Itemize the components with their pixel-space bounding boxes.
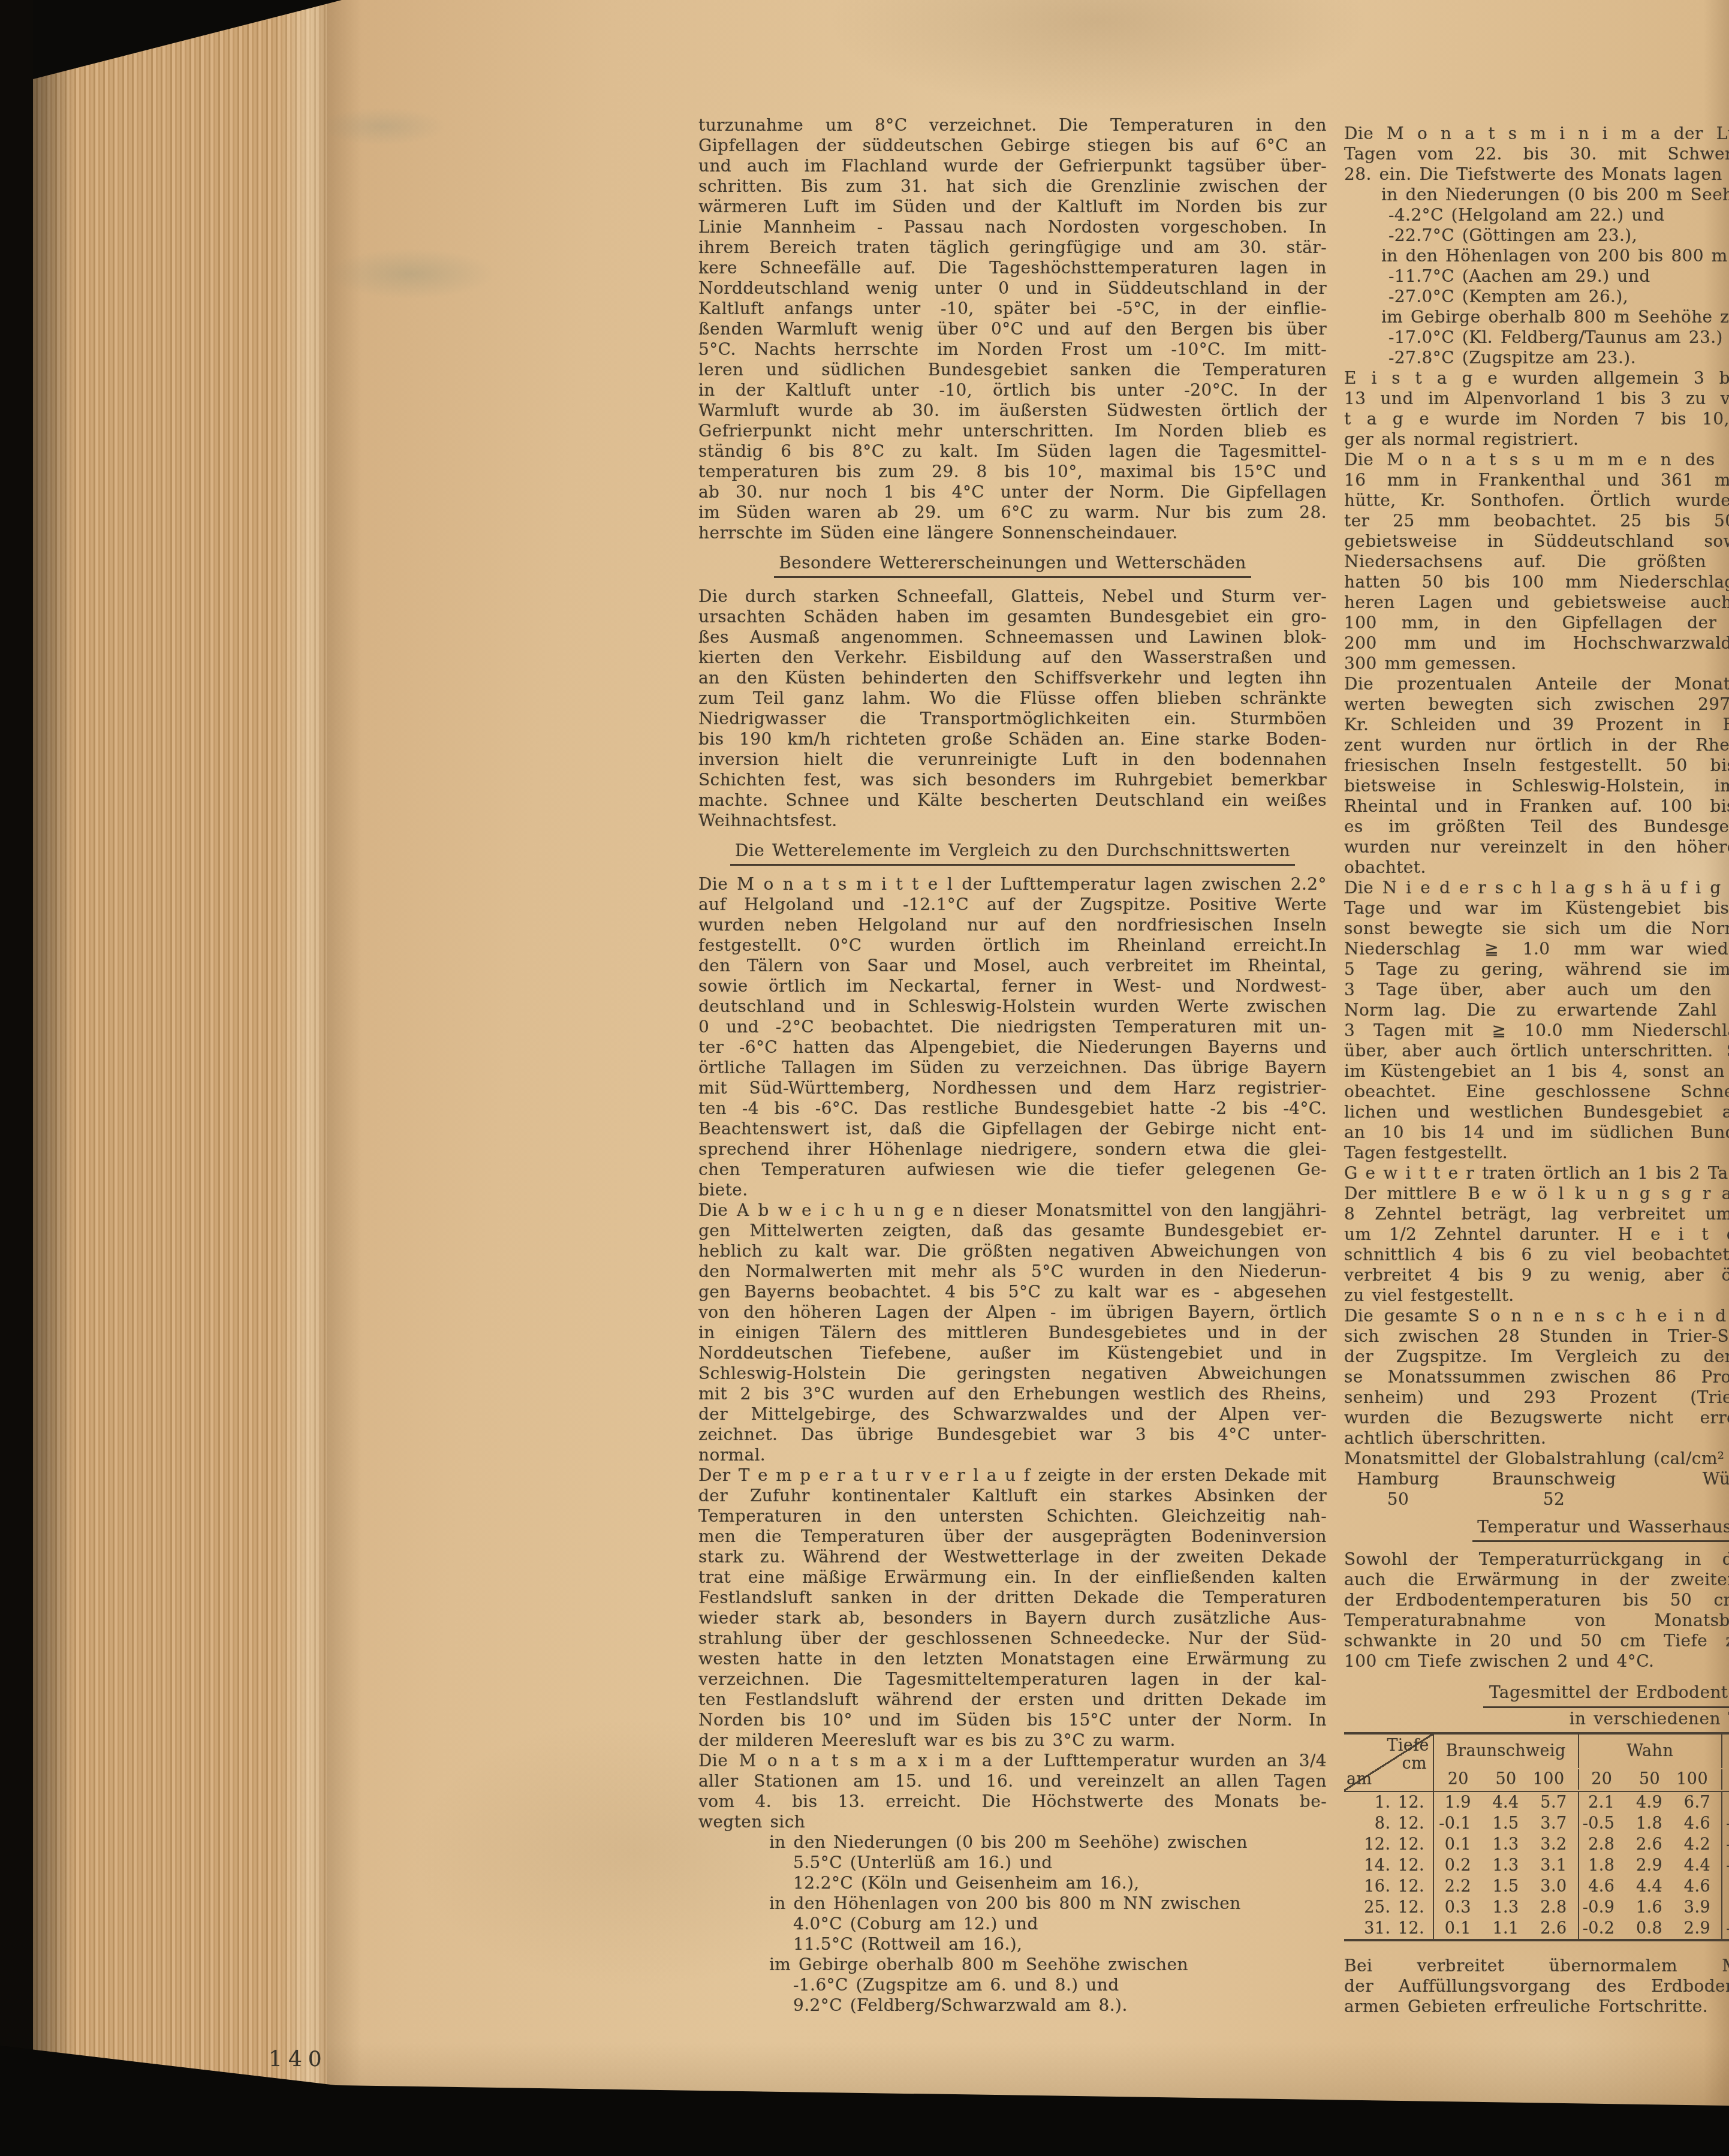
text-line: se Monatssummen zwischen 86 Prozent (Obe… xyxy=(1344,1367,1729,1387)
heading-text: Besondere Wettererscheinungen und Wetter… xyxy=(774,553,1251,578)
text-line: wärmeren Luft im Süden und der Kaltluft … xyxy=(698,197,1327,217)
text-line: 4.0°C (Coburg am 12.) und xyxy=(698,1914,1327,1934)
paragraph-monatsmittel: Die M o n a t s m i t t e l der Lufttemp… xyxy=(698,874,1327,1200)
heading-text: Tagesmittel der Erdbodentemperatur (°C) xyxy=(1483,1682,1729,1708)
table-cell: 1.5 xyxy=(1482,1813,1530,1834)
table-cell: 2.6 xyxy=(1530,1918,1578,1939)
text-line: Die N i e d e r s c h l a g s h ä u f i … xyxy=(1344,878,1729,898)
paragraph-closing: Bei verbreitet übernormalem Monatsnieder… xyxy=(1344,1956,1729,2017)
text-line: ursachten Schäden haben im gesamten Bund… xyxy=(698,607,1327,627)
text-line: den Normalwerten mit mehr als 5°C wurden… xyxy=(698,1261,1327,1282)
paragraph-monatsminima: Die M o n a t s m i n i m a der Lufttemp… xyxy=(1344,124,1729,368)
table-cell: 1. 12. xyxy=(1344,1792,1434,1813)
text-line: wurden nur vereinzelt in den höheren Lag… xyxy=(1344,837,1729,857)
table-cell: 12. 12. xyxy=(1344,1834,1434,1855)
text-line: Tage und war im Küstengebiet bis zu 7 Ta… xyxy=(1344,898,1729,919)
text-line: Die M o n a t s s u m m e n des Niedersc… xyxy=(1344,450,1729,470)
text-line: friesischen Inseln festgestellt. 50 bis … xyxy=(1344,755,1729,776)
text-line: von den höheren Lagen der Alpen - im übr… xyxy=(698,1302,1327,1323)
text-line: 100 cm Tiefe zwischen 2 und 4°C. xyxy=(1344,1651,1729,1672)
table-cell: 0.1 xyxy=(1434,1834,1482,1855)
text-line: deutschland und in Schleswig-Holstein wu… xyxy=(698,996,1327,1017)
heading-text: Die Wetterelemente im Vergleich zu den D… xyxy=(730,841,1295,866)
text-line: wurden neben Helgoland nur auf den nordf… xyxy=(698,915,1327,935)
table-cell: 4.6 xyxy=(1673,1813,1721,1834)
text-line: 3 Tagen mit ≧ 10.0 mm Niederschlag wurde… xyxy=(1344,1020,1729,1041)
text-line: der Zufuhr kontinentaler Kaltluft ein st… xyxy=(698,1486,1327,1506)
table-cell: 6.7 xyxy=(1673,1792,1721,1813)
text-line: zu viel festgestellt. xyxy=(1344,1285,1729,1306)
text-line: 5 Tage zu gering, während sie im übrigen… xyxy=(1344,959,1729,980)
text-line: in der Kaltluft unter -10, örtlich bis u… xyxy=(698,380,1327,401)
table-cell: 1.6 xyxy=(1625,1897,1673,1918)
text-line: Die prozentualen Anteile der Monatssumme… xyxy=(1344,674,1729,694)
table-cell: 1.3 xyxy=(1482,1834,1530,1855)
text-line: ten -4 bis -6°C. Das restliche Bundesgeb… xyxy=(698,1098,1327,1119)
text-line: 100 mm, in den Gipfellagen der Mittelgeb… xyxy=(1344,613,1729,633)
text-line: örtliche Tallagen im Süden zu verzeichne… xyxy=(698,1058,1327,1078)
text-line: stark zu. Während der Westwetterlage in … xyxy=(698,1547,1327,1567)
text-line: Tagen vom 22. bis 30. mit Schwerpunkten … xyxy=(1344,144,1729,164)
text-line: ßes Ausmaß angenommen. Schneemassen und … xyxy=(698,627,1327,648)
table-cell: 0.1 xyxy=(1434,1918,1482,1939)
table-station-header: Würzburg xyxy=(1721,1735,1729,1768)
table-row: 31. 12.0.11.12.6-0.20.82.9-0.51.03.90.31… xyxy=(1344,1918,1729,1939)
text-line: um 1/2 Zehntel darunter. H e i t e r e T… xyxy=(1344,1224,1729,1245)
text-line: bietsweise in Schleswig-Holstein, im Saa… xyxy=(1344,776,1729,796)
table-cell: 1.5 xyxy=(1482,1876,1530,1897)
text-line: der Mittelgebirge, des Schwarzwaldes und… xyxy=(698,1404,1327,1425)
heading-text: Temperatur und Wasserhaushalt des Bodens xyxy=(1472,1517,1729,1542)
text-line: 300 mm gemessen. xyxy=(1344,654,1729,674)
table-cell: 20 xyxy=(1578,1769,1626,1790)
table-cell: 100 xyxy=(1673,1769,1721,1790)
text-line: Bei verbreitet übernormalem Monatsnieder… xyxy=(1344,1956,1729,1976)
text-line: -1.6°C (Zugspitze am 6. und 8.) und xyxy=(698,1975,1327,1995)
text-line: E i s t a g e wurden allgemein 3 bis 7, … xyxy=(1344,368,1729,389)
text-column-right: Die M o n a t s m i n i m a der Lufttemp… xyxy=(1344,124,1729,2017)
table-corner-cell: Tiefe cm am xyxy=(1344,1735,1434,1791)
text-line: Festlandsluft sanken in der dritten Deka… xyxy=(698,1588,1327,1608)
table-cell: -0.5 xyxy=(1721,1855,1729,1876)
text-line: schwankte in 20 und 50 cm Tiefe zwischen… xyxy=(1344,1631,1729,1651)
text-line: 28. ein. Die Tiefstwerte des Monats lage… xyxy=(1344,164,1729,185)
text-line: 5°C. Nachts herrschte im Norden Frost um… xyxy=(698,339,1327,360)
radiation-station: Hamburg xyxy=(1344,1469,1452,1489)
table-cell: 4.6 xyxy=(1673,1876,1721,1897)
text-line: Die A b w e i c h u n g e n dieser Monat… xyxy=(698,1200,1327,1221)
table-cell: 31. 12. xyxy=(1344,1918,1434,1939)
text-line: 12.2°C (Köln und Geisenheim am 16.), xyxy=(698,1873,1327,1893)
text-line: Sowohl der Temperaturrückgang in der ers… xyxy=(1344,1549,1729,1570)
text-line: kierten den Verkehr. Eisbildung auf den … xyxy=(698,648,1327,668)
text-line: obeachtet. Eine geschlossene Schneedecke… xyxy=(1344,1082,1729,1102)
table-cell: 50 xyxy=(1625,1769,1673,1790)
radiation-values: 50 52 67 103 xyxy=(1344,1489,1729,1510)
text-line: 3 Tage über, aber auch um den gleichen B… xyxy=(1344,980,1729,1000)
text-line: zeichnet. Das übrige Bundesgebiet war 3 … xyxy=(698,1425,1327,1445)
text-line: 8 Zehntel beträgt, lag verbreitet um 1 b… xyxy=(1344,1204,1729,1224)
soil-temperature-table: Tiefe cm am Braunschweig Wahn Würzburg A… xyxy=(1344,1732,1729,1941)
table-cell: 50 xyxy=(1482,1769,1530,1790)
text-line: ßenden Warmluft wenig über 0°C und auf d… xyxy=(698,319,1327,339)
text-line: an 10 bis 14 und im südlichen Bundesgebi… xyxy=(1344,1122,1729,1143)
section-heading-wetterelemente: Die Wetterelemente im Vergleich zu den D… xyxy=(698,841,1327,866)
table-cell: -0.2 xyxy=(1578,1918,1626,1939)
table-cell: 20 xyxy=(1434,1769,1482,1790)
table-cell: -1.8 xyxy=(1721,1813,1729,1834)
table-cell: 25. 12. xyxy=(1344,1897,1434,1918)
text-line: und auch im Flachland wurde der Gefrierp… xyxy=(698,156,1327,176)
text-line: achtlich überschritten. xyxy=(1344,1428,1729,1449)
page-edge-stack xyxy=(33,0,333,2156)
text-line: Niedersachsens auf. Die größten Teile de… xyxy=(1344,552,1729,572)
table-cell: 2.6 xyxy=(1625,1834,1673,1855)
text-line: der Zugspitze. Im Vergleich zu den Bezug… xyxy=(1344,1347,1729,1367)
table-cell: 0.8 xyxy=(1625,1918,1673,1939)
text-line: in den Höhenlagen von 200 bis 800 m NN z… xyxy=(1344,246,1729,266)
text-line: men die Temperaturen über der ausgeprägt… xyxy=(698,1526,1327,1547)
table-cell: -0.9 xyxy=(1578,1897,1626,1918)
text-line: wurden die Bezugswerte nicht erreicht, v… xyxy=(1344,1408,1729,1428)
text-line: trat eine mäßige Erwärmung ein. In der e… xyxy=(698,1567,1327,1588)
text-line: sprechend ihrer Höhenlage niedrigere, so… xyxy=(698,1139,1327,1160)
text-line: an den Küsten behinderten den Schiffsver… xyxy=(698,668,1327,688)
text-line: verzeichnen. Die Tagesmitteltemperaturen… xyxy=(698,1669,1327,1690)
text-line: mit 2 bis 3°C wurden auf den Erhebungen … xyxy=(698,1384,1327,1404)
text-line: gebietsweise in Süddeutschland sowie an … xyxy=(1344,531,1729,552)
text-line: zum Teil ganz lahm. Wo die Flüsse offen … xyxy=(698,688,1327,709)
table-row: 12. 12.0.11.33.22.82.64.2-0.41.44.70.00.… xyxy=(1344,1834,1729,1855)
text-line: der milderen Meeresluft war es bis zu 3°… xyxy=(698,1730,1327,1751)
text-line: Kaltluft anfangs unter -10, später bei -… xyxy=(698,299,1327,319)
text-line: Warmluft wurde ab 30. im äußersten Südwe… xyxy=(698,401,1327,421)
text-line: armen Gebieten erfreuliche Fortschritte. xyxy=(1344,1997,1729,2017)
text-line: Die durch starken Schneefall, Glatteis, … xyxy=(698,586,1327,607)
table-cell: 3.0 xyxy=(1530,1876,1578,1897)
table-cell: 14. 12. xyxy=(1344,1855,1434,1876)
paragraph-niederschlagshaeufigkeit: Die N i e d e r s c h l a g s h ä u f i … xyxy=(1344,878,1729,1163)
table-cell: 1.3 xyxy=(1482,1855,1530,1876)
table-cell: 0.2 xyxy=(1721,1876,1729,1897)
text-column-left: turzunahme um 8°C verzeichnet. Die Tempe… xyxy=(698,115,1327,2016)
table-cell: 2.9 xyxy=(1625,1855,1673,1876)
paragraph-monatsmaxima: Die M o n a t s m a x i m a der Lufttemp… xyxy=(698,1751,1327,2016)
corner-label-tiefe: Tiefe xyxy=(1387,1736,1429,1756)
table-row: 1. 12.1.94.45.72.14.96.71.63.76.51.23.05… xyxy=(1344,1792,1729,1813)
text-line: -4.2°C (Helgoland am 22.) und xyxy=(1344,205,1729,225)
table-cell: 3.9 xyxy=(1673,1897,1721,1918)
table-row: 14. 12.0.21.33.11.82.94.4-0.51.54.50.01.… xyxy=(1344,1855,1729,1876)
table-cell: 0.3 xyxy=(1721,1897,1729,1918)
text-line: 200 mm und im Hochschwarzwald sowie im A… xyxy=(1344,633,1729,654)
paragraph-temperature-course: turzunahme um 8°C verzeichnet. Die Tempe… xyxy=(698,115,1327,543)
text-line: im Gebirge oberhalb 800 m Seehöhe zwisch… xyxy=(1344,307,1729,327)
text-line: normal. xyxy=(698,1445,1327,1465)
text-line: bis 190 km/h richteten große Schäden an.… xyxy=(698,729,1327,749)
table-cell: 1.8 xyxy=(1625,1813,1673,1834)
soil-table-subtitle: in verschiedenen Tiefen xyxy=(1344,1708,1729,1730)
radiation-station-names: Hamburg Braunschweig Würzburg Hohenpeiße… xyxy=(1344,1469,1729,1489)
table-cell: 3.1 xyxy=(1530,1855,1578,1876)
text-line: Tagen festgestellt. xyxy=(1344,1143,1729,1163)
text-line: über, aber auch örtlich unterschritten. … xyxy=(1344,1041,1729,1061)
text-line: 0 und -2°C beobachtet. Die niedrigsten T… xyxy=(698,1017,1327,1037)
text-line: 13 und im Alpenvorland 1 bis 3 zu viel b… xyxy=(1344,389,1729,409)
text-line: wieder stark ab, besonders in Bayern dur… xyxy=(698,1608,1327,1628)
table-cell: 16. 12. xyxy=(1344,1876,1434,1897)
table-row: 16. 12.2.21.53.04.64.44.60.21.84.60.11.1… xyxy=(1344,1876,1729,1897)
text-line: 9.2°C (Feldberg/Schwarzwald am 8.). xyxy=(698,1995,1327,2016)
text-line: -27.8°C (Zugspitze am 23.). xyxy=(1344,348,1729,368)
table-cell: 1.6 xyxy=(1721,1792,1729,1813)
text-line: Norddeutschland wenig unter 0 und in Süd… xyxy=(698,278,1327,299)
text-line: Beachtenswert ist, daß die Gipfellagen d… xyxy=(698,1119,1327,1139)
text-line: Die M o n a t s m i t t e l der Lufttemp… xyxy=(698,874,1327,895)
text-line: Kr. Schleiden und 39 Prozent in Frankent… xyxy=(1344,715,1729,735)
text-line: werten bewegten sich zwischen 297 Prozen… xyxy=(1344,694,1729,715)
table-cell: 1.9 xyxy=(1434,1792,1482,1813)
table-cell: 4.6 xyxy=(1578,1876,1626,1897)
table-cell: 4.4 xyxy=(1625,1876,1673,1897)
text-line: heblich zu kalt war. Die größten negativ… xyxy=(698,1241,1327,1261)
paragraph-abweichungen: Die A b w e i c h u n g e n dieser Monat… xyxy=(698,1200,1327,1465)
text-line: im Süden waren ab 29. um 6°C zu warm. Nu… xyxy=(698,502,1327,523)
text-line: Norm lag. Die zu erwartende Zahl von dur… xyxy=(1344,1000,1729,1020)
text-line: in den Niederungen (0 bis 200 m Seehöhe)… xyxy=(1344,185,1729,205)
text-line: Niederschlag ≧ 1.0 mm war wiederum im Kü… xyxy=(1344,939,1729,959)
table-cell: 0.3 xyxy=(1434,1897,1482,1918)
paragraph-bewoelkung: Der mittlere B e w ö l k u n g s g r a d… xyxy=(1344,1184,1729,1306)
text-line: ab 30. nur noch 1 bis 4°C unter der Norm… xyxy=(698,482,1327,502)
table-cell: 2.9 xyxy=(1673,1918,1721,1939)
paragraph-eistage: E i s t a g e wurden allgemein 3 bis 7, … xyxy=(1344,368,1729,450)
table-cell: 4.2 xyxy=(1673,1834,1721,1855)
text-line: zent wurden nur örtlich in der Rheinpfal… xyxy=(1344,735,1729,755)
paragraph-weather-damage: Die durch starken Schneefall, Glatteis, … xyxy=(698,586,1327,831)
paragraph-temperaturverlauf: Der T e m p e r a t u r v e r l a u f ze… xyxy=(698,1465,1327,1751)
text-line: ter -6°C hatten das Alpengebiet, die Nie… xyxy=(698,1037,1327,1058)
text-line: ger als normal registriert. xyxy=(1344,429,1729,450)
table-cell: -0.4 xyxy=(1721,1834,1729,1855)
text-line: 5.5°C (Unterlüß am 16.) und xyxy=(698,1853,1327,1873)
text-line: -17.0°C (Kl. Feldberg/Taunus am 23.) und xyxy=(1344,327,1729,348)
table-cell: 2.8 xyxy=(1530,1897,1578,1918)
table-cell: -0.1 xyxy=(1434,1813,1482,1834)
text-line: t a g e wurde im Norden 7 bis 10, sonst … xyxy=(1344,409,1729,429)
text-line: Temperaturabnahme von Monatsbeginn bis M… xyxy=(1344,1610,1729,1631)
text-line: Schichten fest, was sich besonders im Ru… xyxy=(698,770,1327,790)
soil-table-body: 1. 12.1.94.45.72.14.96.71.63.76.51.23.05… xyxy=(1344,1792,1729,1939)
text-line: gen Bayerns beobachtet. 4 bis 5°C zu kal… xyxy=(698,1282,1327,1302)
text-line: ihrem Bereich traten täglich geringfügig… xyxy=(698,237,1327,258)
radiation-station: Würzburg xyxy=(1656,1469,1729,1489)
text-line: hütte, Kr. Sonthofen. Örtlich wurden in … xyxy=(1344,490,1729,511)
table-row: 8. 12.-0.11.53.7-0.51.84.6-1.81.65.6-2.8… xyxy=(1344,1813,1729,1834)
table-cell: 2.1 xyxy=(1578,1792,1626,1813)
text-line: turzunahme um 8°C verzeichnet. Die Tempe… xyxy=(698,115,1327,135)
table-cell: 2.8 xyxy=(1578,1834,1626,1855)
paragraph-sonnenscheindauer: Die gesamte S o n n e n s c h e i n d a … xyxy=(1344,1306,1729,1449)
text-line: wegten sich xyxy=(698,1812,1327,1832)
text-line: Norden bis 10° und im Süden bis 15°C unt… xyxy=(698,1710,1327,1730)
text-line: machte. Schnee und Kälte bescherten Deut… xyxy=(698,790,1327,811)
text-line: Die gesamte S o n n e n s c h e i n d a … xyxy=(1344,1306,1729,1326)
text-line: im Küstengebiet an 1 bis 4, sonst an 3 b… xyxy=(1344,1061,1729,1082)
text-line: leren und südlichen Bundesgebiet sanken … xyxy=(698,360,1327,380)
text-line: biete. xyxy=(698,1180,1327,1200)
text-line: den Tälern von Saar und Mosel, auch verb… xyxy=(698,956,1327,976)
text-line: der Erdbodentemperaturen bis 50 cm Tiefe… xyxy=(1344,1590,1729,1610)
text-line: auch die Erwärmung in der zweiten Dekade… xyxy=(1344,1570,1729,1590)
table-cell: 3.7 xyxy=(1530,1813,1578,1834)
text-line: herrschte im Süden eine längere Sonnensc… xyxy=(698,523,1327,543)
text-line: Niedrigwasser die Transportmöglichkeiten… xyxy=(698,709,1327,729)
text-line: senheim) und 293 Prozent (Trier-Petrisbe… xyxy=(1344,1387,1729,1408)
text-line: -22.7°C (Göttingen am 23.), xyxy=(1344,225,1729,246)
text-line: festgestellt. 0°C wurden örtlich im Rhei… xyxy=(698,935,1327,956)
paragraph-gewitter: G e w i t t e r traten örtlich an 1 bis … xyxy=(1344,1163,1729,1184)
text-line: hatten 50 bis 100 mm Niederschlag aufzuw… xyxy=(1344,572,1729,592)
text-line: es im größten Teil des Bundesgebietes. Ü… xyxy=(1344,817,1729,837)
text-line: Schleswig-Holstein Die geringsten negati… xyxy=(698,1363,1327,1384)
text-line: -27.0°C (Kempten am 26.), xyxy=(1344,287,1729,307)
text-line: aller Stationen am 15. und 16. und verei… xyxy=(698,1771,1327,1791)
text-line: Weihnachtsfest. xyxy=(698,811,1327,831)
scanned-book-photo: turzunahme um 8°C verzeichnet. Die Tempe… xyxy=(0,0,1729,2156)
table-cell: 1.3 xyxy=(1482,1897,1530,1918)
radiation-value: 52 xyxy=(1452,1489,1656,1510)
text-line: G e w i t t e r traten örtlich an 1 bis … xyxy=(1344,1163,1729,1184)
text-line: sowie örtlich im Neckartal, ferner in We… xyxy=(698,976,1327,996)
text-line: verbreitet 4 bis 9 zu wenig, aber örtlic… xyxy=(1344,1265,1729,1285)
text-line: vom 4. bis 13. erreicht. Die Höchstwerte… xyxy=(698,1791,1327,1812)
text-line: auf Helgoland und -12.1°C auf der Zugspi… xyxy=(698,895,1327,915)
radiation-value: 50 xyxy=(1344,1489,1452,1510)
corner-label-am: am xyxy=(1347,1769,1372,1790)
text-line: strahlung über der geschlossenen Schneed… xyxy=(698,1628,1327,1649)
paragraph-prozentuale-anteile: Die prozentualen Anteile der Monatssumme… xyxy=(1344,674,1729,878)
text-line: mit Süd-Württemberg, Nordhessen und dem … xyxy=(698,1078,1327,1098)
text-line: ter 25 mm beobachtet. 25 bis 50 mm Niede… xyxy=(1344,511,1729,531)
table-cell: 5.7 xyxy=(1530,1792,1578,1813)
text-line: schritten. Bis zum 31. hat sich die Gren… xyxy=(698,176,1327,197)
text-line: Rheintal und in Franken auf. 100 bis 200… xyxy=(1344,796,1729,817)
paragraph-erdbodentemperatur: Sowohl der Temperaturrückgang in der ers… xyxy=(1344,1549,1729,1672)
table-cell: 0.2 xyxy=(1434,1855,1482,1876)
text-line: 11.5°C (Rottweil am 16.), xyxy=(698,1934,1327,1955)
table-cell: 4.9 xyxy=(1625,1792,1673,1813)
soil-table-header: Tiefe cm am Braunschweig Wahn Würzburg A… xyxy=(1344,1735,1729,1792)
text-line: sich zwischen 28 Stunden in Trier-Stadt … xyxy=(1344,1326,1729,1347)
text-line: gen Mittelwerten zeigten, daß das gesamt… xyxy=(698,1221,1327,1241)
text-line: der Auffüllungsvorgang des Erdbodens auc… xyxy=(1344,1976,1729,1997)
text-line: 16 mm in Frankenthal und 361 mm auf der … xyxy=(1344,470,1729,490)
text-line: in den Niederungen (0 bis 200 m Seehöhe)… xyxy=(698,1832,1327,1853)
text-line: inversion hielt die verunreinigte Luft i… xyxy=(698,749,1327,770)
page-number: 140 xyxy=(269,2047,328,2071)
table-cell: 8. 12. xyxy=(1344,1813,1434,1834)
paragraph-monatssummen: Die M o n a t s s u m m e n des Niedersc… xyxy=(1344,450,1729,674)
text-line: ten Festlandsluft während der ersten und… xyxy=(698,1690,1327,1710)
table-cell: 4.4 xyxy=(1482,1792,1530,1813)
document-page: turzunahme um 8°C verzeichnet. Die Tempe… xyxy=(327,0,1729,2106)
text-line: im Gebirge oberhalb 800 m Seehöhe zwisch… xyxy=(698,1955,1327,1975)
table-cell: 1.1 xyxy=(1482,1918,1530,1939)
text-line: Norddeutschen Tiefebene, außer im Küsten… xyxy=(698,1343,1327,1363)
table-station-header: Wahn xyxy=(1578,1735,1722,1768)
table-cell: 1.8 xyxy=(1578,1855,1626,1876)
text-line: Der mittlere B e w ö l k u n g s g r a d… xyxy=(1344,1184,1729,1204)
text-line: temperaturen bis zum 29. 8 bis 10°, maxi… xyxy=(698,462,1327,482)
section-heading-boden: Temperatur und Wasserhaushalt des Bodens xyxy=(1344,1517,1729,1542)
section-heading-wetterschaeden: Besondere Wettererscheinungen und Wetter… xyxy=(698,553,1327,578)
text-line: ständig 6 bis 8°C zu kalt. Im Süden lage… xyxy=(698,441,1327,462)
table-cell: 3.2 xyxy=(1530,1834,1578,1855)
text-line: Linie Mannheim - Passau nach Nordosten v… xyxy=(698,217,1327,237)
text-line: in einigen Tälern des mittleren Bundesge… xyxy=(698,1323,1327,1343)
text-line: schnittlich 4 bis 6 zu viel beobachtet. … xyxy=(1344,1245,1729,1265)
table-station-header: Braunschweig xyxy=(1434,1735,1578,1768)
radiation-station: Braunschweig xyxy=(1452,1469,1656,1489)
table-cell: 2.2 xyxy=(1434,1876,1482,1897)
text-line: obachtet. xyxy=(1344,857,1729,878)
text-line: Gipfellagen der süddeutschen Gebirge sti… xyxy=(698,135,1327,156)
table-cell: -0.5 xyxy=(1578,1813,1626,1834)
text-line: lichen und westlichen Bundesgebiet an 5 … xyxy=(1344,1102,1729,1122)
text-line: westen hatte in den letzten Monatstagen … xyxy=(698,1649,1327,1669)
table-cell: 20 xyxy=(1721,1769,1729,1790)
text-line: heren Lagen und gebietsweise auch im Wes… xyxy=(1344,592,1729,613)
text-line: Temperaturen in den untersten Schichten.… xyxy=(698,1506,1327,1526)
text-line: Die M o n a t s m a x i m a der Lufttemp… xyxy=(698,1751,1327,1771)
table-cell: 100 xyxy=(1530,1769,1578,1790)
text-line: sonst bewegte sie sich um die Norm. Die … xyxy=(1344,919,1729,939)
corner-label-cm: cm xyxy=(1402,1754,1427,1774)
table-cell: -0.5 xyxy=(1721,1918,1729,1939)
table-cell: 4.4 xyxy=(1673,1855,1721,1876)
text-line: Die M o n a t s m i n i m a der Lufttemp… xyxy=(1344,124,1729,144)
table-row: 25. 12.0.31.32.8-0.91.63.90.32.04.40.71.… xyxy=(1344,1897,1729,1918)
text-line: chen Temperaturen aufwiesen wie die tief… xyxy=(698,1160,1327,1180)
soil-table-title: Tagesmittel der Erdbodentemperatur (°C) xyxy=(1344,1682,1729,1708)
text-line: Der T e m p e r a t u r v e r l a u f ze… xyxy=(698,1465,1327,1486)
text-line: kere Schneefälle auf. Die Tageshöchsttem… xyxy=(698,258,1327,278)
radiation-title: Monatsmittel der Globalstrahlung (cal/cm… xyxy=(1344,1449,1729,1469)
text-line: in den Höhenlagen von 200 bis 800 m NN z… xyxy=(698,1893,1327,1914)
radiation-value: 67 xyxy=(1656,1489,1729,1510)
text-line: Gefrierpunkt nicht mehr unterschritten. … xyxy=(698,421,1327,441)
text-line: -11.7°C (Aachen am 29.) und xyxy=(1344,266,1729,287)
